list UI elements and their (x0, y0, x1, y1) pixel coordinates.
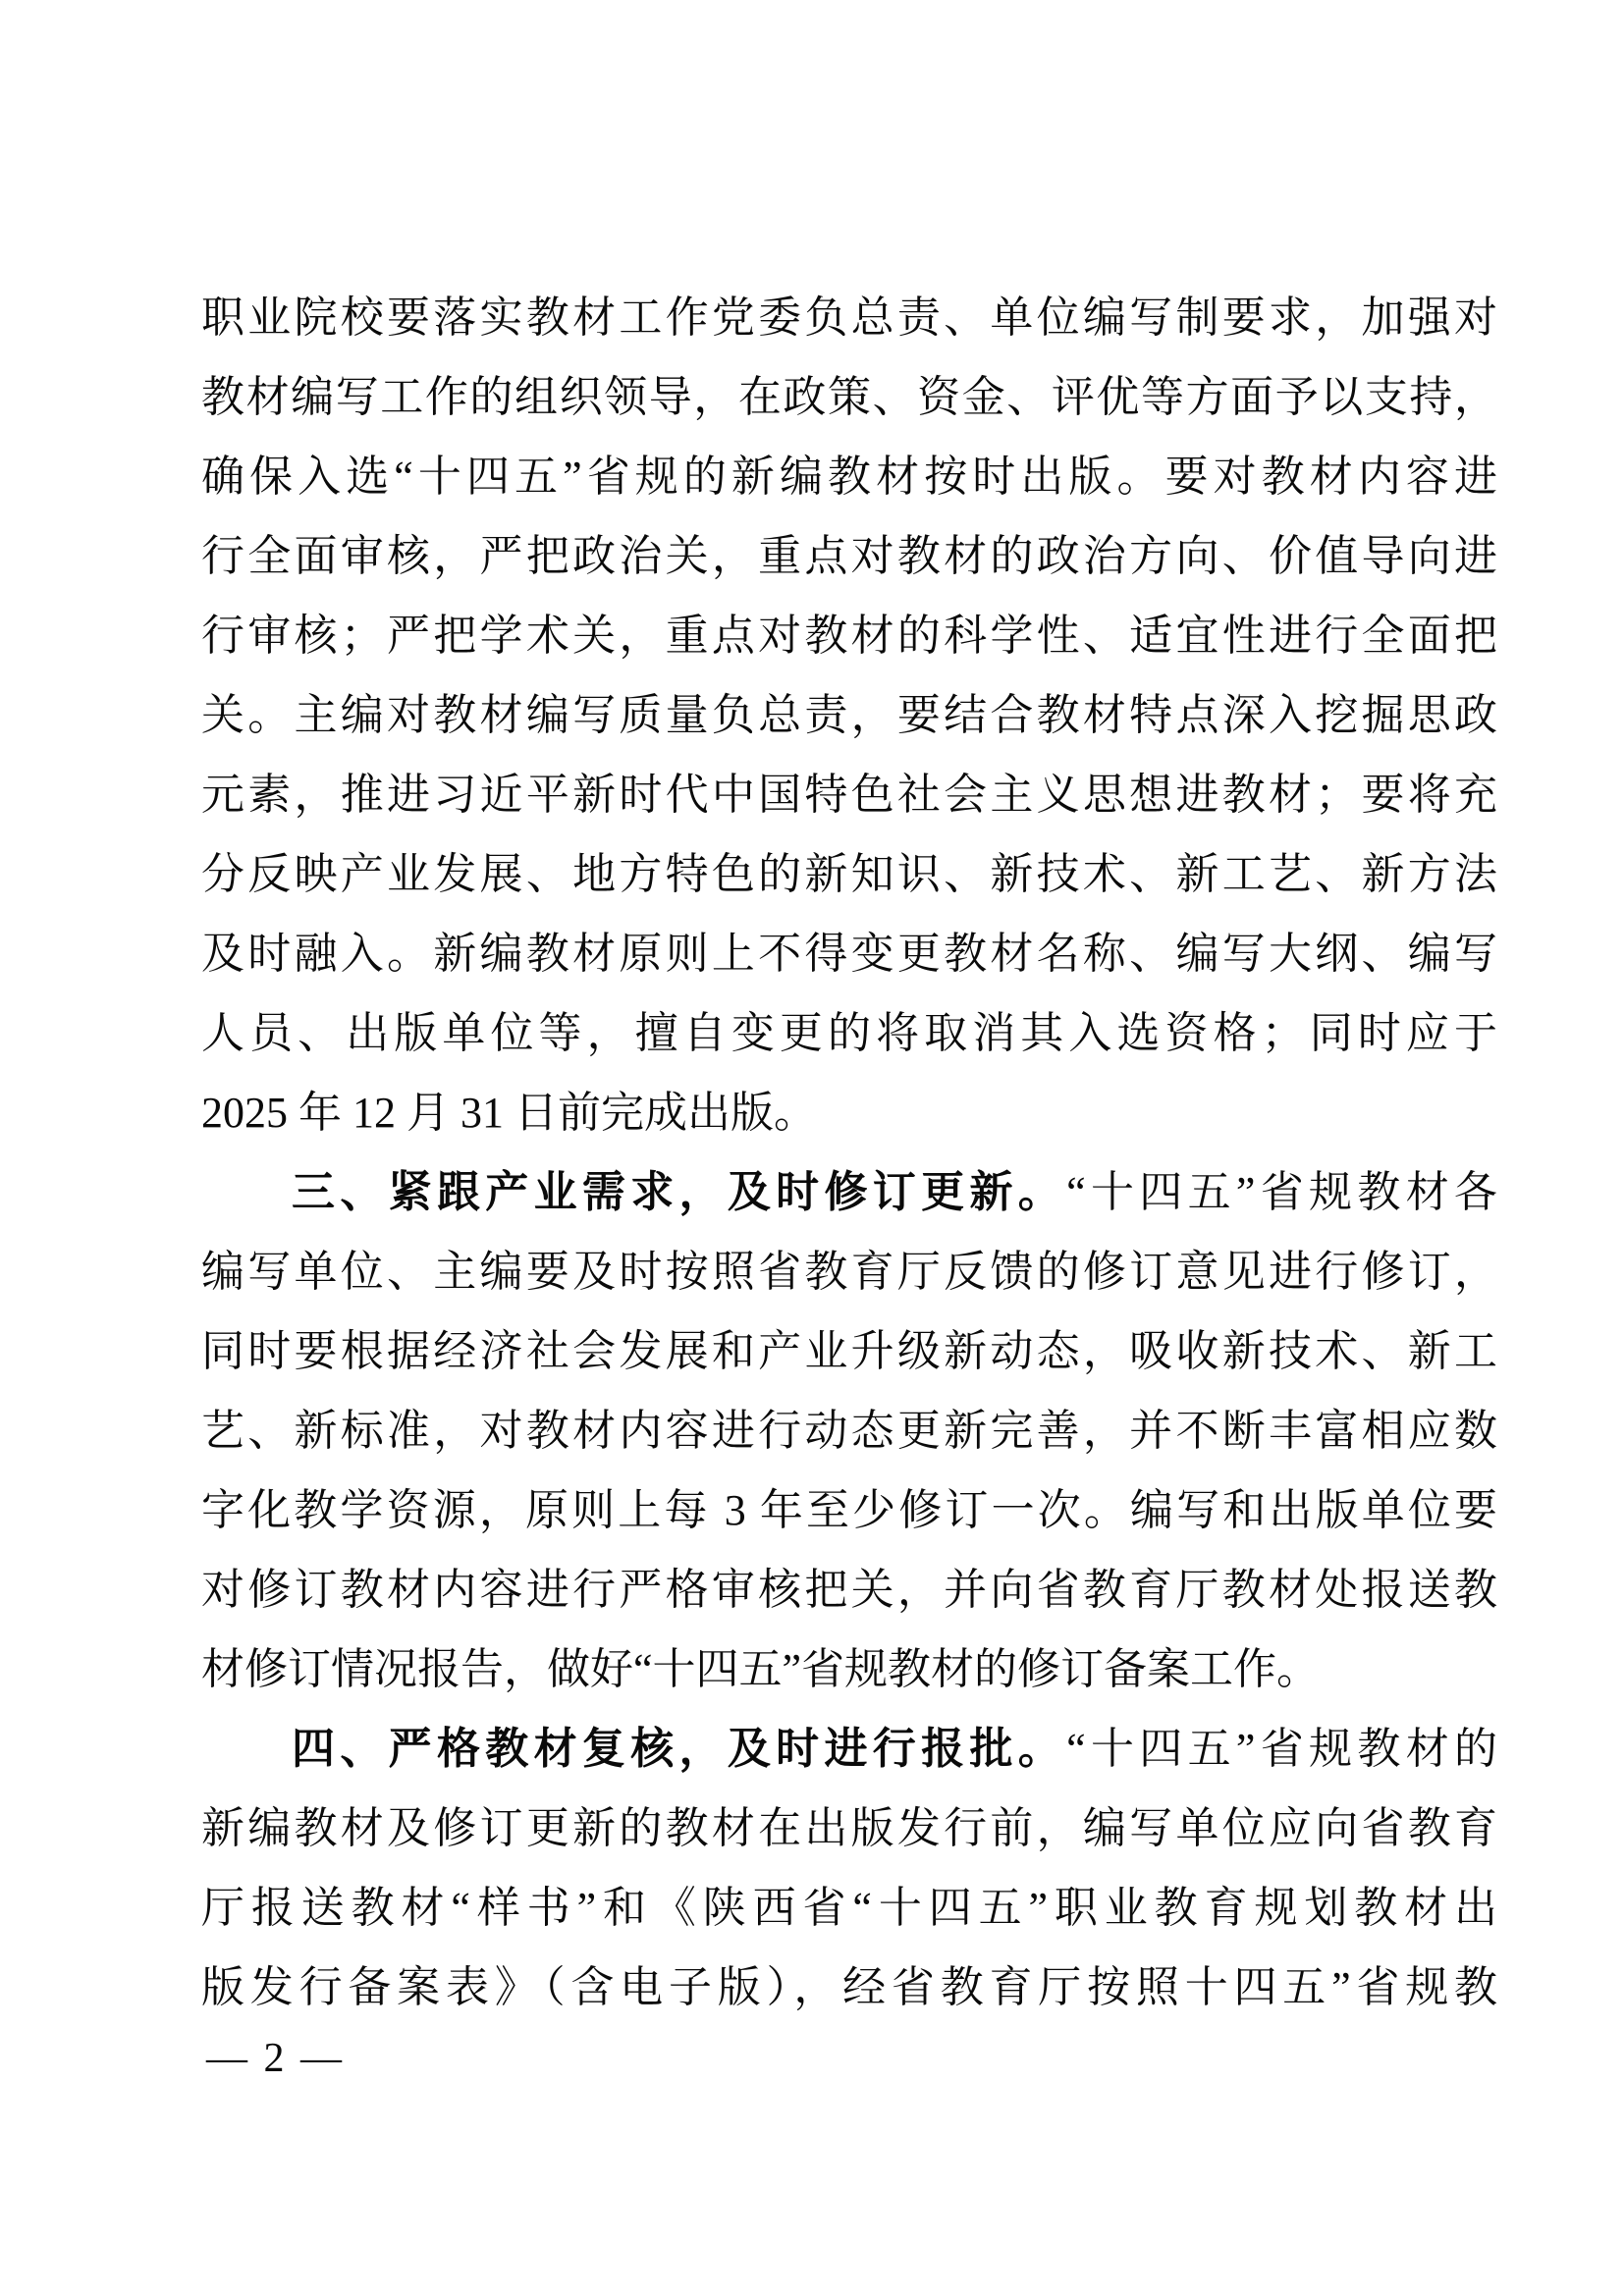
body-text: 确保入选“十四五”省规的新编教材按时出版。要对教材内容进 (201, 453, 1497, 501)
body-text: 行全面审核，严把政治关，重点对教材的政治方向、价值导向进 (201, 532, 1497, 580)
text-line: 及时融入。新编教材原则上不得变更教材名称、编写大纲、编写 (201, 914, 1497, 993)
body-text: 分反映产业发展、地方特色的新知识、新技术、新工艺、新方法 (201, 850, 1497, 898)
text-line: 同时要根据经济社会发展和产业升级新动态，吸收新技术、新工 (201, 1311, 1497, 1391)
document-page: 职业院校要落实教材工作党委负总责、单位编写制要求，加强对教材编写工作的组织领导，… (0, 0, 1624, 2296)
section-heading-text: 三、紧跟产业需求，及时修订更新。 (292, 1168, 1066, 1216)
text-line: 字化教学资源，原则上每 3 年至少修订一次。编写和出版单位要 (201, 1470, 1497, 1550)
body-text: 对修订教材内容进行严格审核把关，并向省教育厅教材处报送教 (201, 1566, 1497, 1614)
document-body: 职业院校要落实教材工作党委负总责、单位编写制要求，加强对教材编写工作的组织领导，… (201, 278, 1497, 2027)
body-text: 版发行备案表》（含电子版），经省教育厅按照十四五”省规教 (201, 1963, 1497, 2011)
body-text: 编写单位、主编要及时按照省教育厅反馈的修订意见进行修订， (201, 1248, 1497, 1296)
body-text: “十四五”省规教材的 (1066, 1725, 1497, 1773)
text-line: 对修订教材内容进行严格审核把关，并向省教育厅教材处报送教 (201, 1550, 1497, 1629)
body-text: 行审核；严把学术关，重点对教材的科学性、适宜性进行全面把 (201, 612, 1497, 660)
text-line: 版发行备案表》（含电子版），经省教育厅按照十四五”省规教 (201, 1948, 1497, 2027)
body-text: 关。主编对教材编写质量负总责，要结合教材特点深入挖掘思政 (201, 691, 1497, 739)
text-line: 元素，推进习近平新时代中国特色社会主义思想进教材；要将充 (201, 755, 1497, 834)
text-line: 三、紧跟产业需求，及时修订更新。“十四五”省规教材各 (201, 1152, 1497, 1232)
text-line: 材修订情况报告，做好“十四五”省规教材的修订备案工作。 (201, 1629, 1497, 1709)
page-number: — 2 — (206, 2036, 345, 2081)
text-line: 确保入选“十四五”省规的新编教材按时出版。要对教材内容进 (201, 437, 1497, 516)
text-line: 新编教材及修订更新的教材在出版发行前，编写单位应向省教育 (201, 1789, 1497, 1868)
body-text: 艺、新标准，对教材内容进行动态更新完善，并不断丰富相应数 (201, 1407, 1497, 1455)
text-line: 关。主编对教材编写质量负总责，要结合教材特点深入挖掘思政 (201, 675, 1497, 755)
body-text: 人员、出版单位等，擅自变更的将取消其入选资格；同时应于 (201, 1009, 1497, 1057)
text-line: 行审核；严把学术关，重点对教材的科学性、适宜性进行全面把 (201, 596, 1497, 675)
body-text: 同时要根据经济社会发展和产业升级新动态，吸收新技术、新工 (201, 1327, 1497, 1375)
text-line: 分反映产业发展、地方特色的新知识、新技术、新工艺、新方法 (201, 834, 1497, 914)
text-line: 职业院校要落实教材工作党委负总责、单位编写制要求，加强对 (201, 278, 1497, 357)
body-text: 字化教学资源，原则上每 3 年至少修订一次。编写和出版单位要 (201, 1486, 1497, 1534)
body-text: 元素，推进习近平新时代中国特色社会主义思想进教材；要将充 (201, 771, 1497, 819)
text-line: 艺、新标准，对教材内容进行动态更新完善，并不断丰富相应数 (201, 1391, 1497, 1470)
body-text: 职业院校要落实教材工作党委负总责、单位编写制要求，加强对 (201, 294, 1497, 342)
body-text: 材修订情况报告，做好“十四五”省规教材的修订备案工作。 (201, 1645, 1320, 1693)
text-line: 四、严格教材复核，及时进行报批。“十四五”省规教材的 (201, 1709, 1497, 1789)
body-text: “十四五”省规教材各 (1066, 1168, 1497, 1216)
body-text: 教材编写工作的组织领导，在政策、资金、评优等方面予以支持， (201, 373, 1497, 421)
text-line: 人员、出版单位等，擅自变更的将取消其入选资格；同时应于 (201, 993, 1497, 1073)
text-line: 教材编写工作的组织领导，在政策、资金、评优等方面予以支持， (201, 357, 1497, 437)
body-text: 及时融入。新编教材原则上不得变更教材名称、编写大纲、编写 (201, 930, 1497, 978)
body-text: 新编教材及修订更新的教材在出版发行前，编写单位应向省教育 (201, 1804, 1497, 1852)
text-line: 厅报送教材“样书”和《陕西省“十四五”职业教育规划教材出 (201, 1868, 1497, 1948)
section-heading-text: 四、严格教材复核，及时进行报批。 (292, 1725, 1066, 1773)
text-line: 2025 年 12 月 31 日前完成出版。 (201, 1073, 1497, 1152)
text-line: 编写单位、主编要及时按照省教育厅反馈的修订意见进行修订， (201, 1232, 1497, 1311)
text-line: 行全面审核，严把政治关，重点对教材的政治方向、价值导向进 (201, 516, 1497, 596)
body-text: 2025 年 12 月 31 日前完成出版。 (201, 1089, 817, 1137)
body-text: 厅报送教材“样书”和《陕西省“十四五”职业教育规划教材出 (201, 1884, 1497, 1932)
